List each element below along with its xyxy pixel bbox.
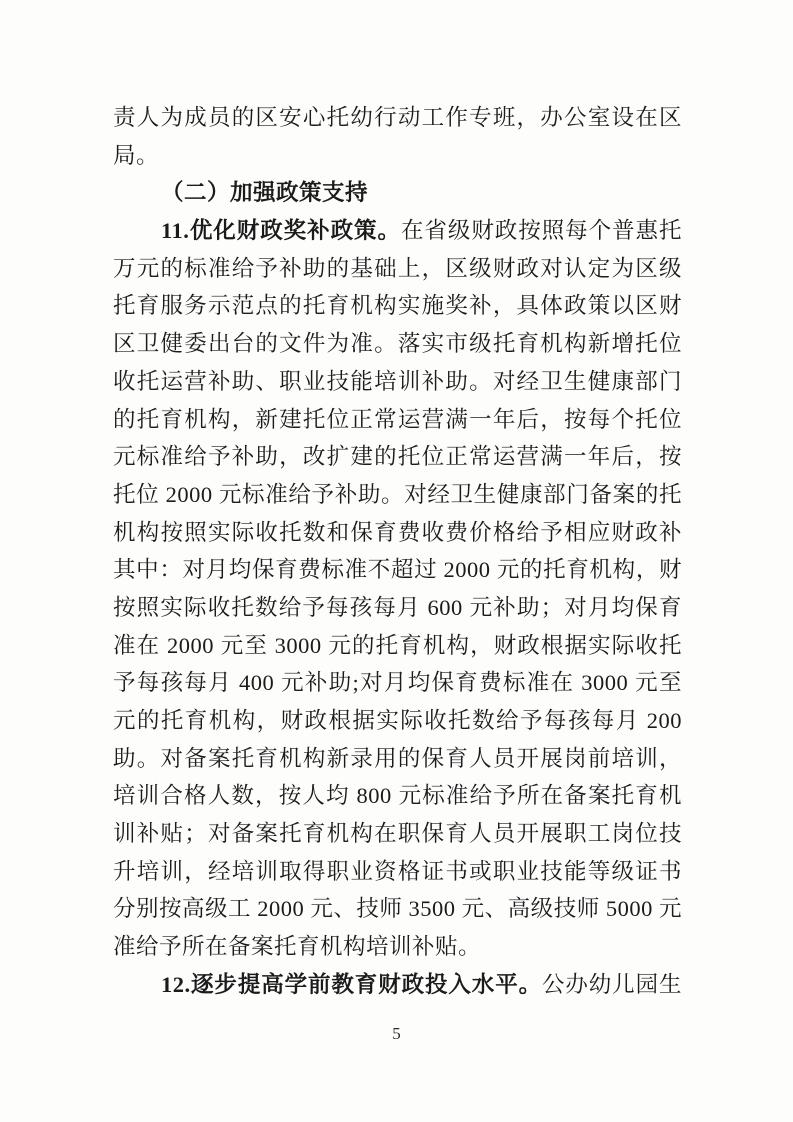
- text-segment: 托位 2000 元标准给予补助。对经卫生健康部门备案的托育: [113, 482, 682, 514]
- text-line: 收托运营补助、职业技能培训补助。对经卫生健康部门备案: [113, 363, 682, 401]
- text-segment: 局。: [113, 143, 159, 168]
- text-line: 11.优化财政奖补政策。在省级财政按照每个普惠托位 1: [113, 212, 682, 250]
- text-line: 区卫健委出台的文件为准。落实市级托育机构新增托位补助、: [113, 325, 682, 363]
- document-text-block: 责人为成员的区安心托幼行动工作专班，办公室设在区教体局。（二）加强政策支持11.…: [113, 99, 682, 1004]
- text-segment: 予每孩每月 400 元补助;对月均保育费标准在 3000 元至 5000: [113, 670, 682, 702]
- text-segment: 托育服务示范点的托育机构实施奖补，具体政策以区财政局、: [113, 293, 682, 325]
- text-segment: 分别按高级工 2000 元、技师 3500 元、高级技师 5000 元标: [113, 896, 682, 928]
- text-line: 其中：对月均保育费标准不超过 2000 元的托育机构，财政: [113, 551, 682, 589]
- page-number: 5: [392, 1022, 401, 1046]
- text-segment: 的托育机构，新建托位正常运营满一年后，按每个托位 3000: [113, 407, 682, 439]
- document-page: 责人为成员的区安心托幼行动工作专班，办公室设在区教体局。（二）加强政策支持11.…: [0, 0, 793, 1122]
- text-segment: 元标准给予补助，改扩建的托位正常运营满一年后，按每个: [113, 444, 682, 476]
- text-line: （二）加强政策支持: [113, 174, 682, 212]
- text-segment: 区卫健委出台的文件为准。落实市级托育机构新增托位补助、: [113, 331, 682, 363]
- text-line: 分别按高级工 2000 元、技师 3500 元、高级技师 5000 元标: [113, 890, 682, 928]
- text-line: 升培训，经培训取得职业资格证书或职业技能等级证书后，: [113, 853, 682, 891]
- text-segment: 培训合格人数，按人均 800 元标准给予所在备案托育机构培: [113, 783, 682, 815]
- text-line: 12.逐步提高学前教育财政投入水平。公办幼儿园生均: [113, 966, 682, 1004]
- text-segment: 机构按照实际收托数和保育费收费价格给予相应财政补助。: [113, 520, 682, 552]
- text-line: 准在 2000 元至 3000 元的托育机构，财政根据实际收托数给: [113, 627, 682, 665]
- bold-text-segment: 12.逐步提高学前教育财政投入水平。: [161, 972, 542, 997]
- text-line: 助。对备案托育机构新录用的保育人员开展岗前培训，根据: [113, 740, 682, 778]
- text-segment: 按照实际收托数给予每孩每月 600 元补助；对月均保育费标: [113, 595, 682, 627]
- bold-text-segment: 11.优化财政奖补政策。: [161, 218, 401, 243]
- text-line: 局。: [113, 137, 682, 175]
- bold-text-segment: （二）加强政策支持: [161, 180, 368, 205]
- text-line: 按照实际收托数给予每孩每月 600 元补助；对月均保育费标: [113, 589, 682, 627]
- text-segment: 元的托育机构，财政根据实际收托数给予每孩每月 200 元补: [113, 708, 682, 740]
- page-footer: 5: [0, 1022, 793, 1046]
- text-line: 的托育机构，新建托位正常运营满一年后，按每个托位 3000: [113, 401, 682, 439]
- text-segment: 万元的标准给予补助的基础上，区级财政对认定为区级年度: [113, 256, 682, 288]
- text-line: 元标准给予补助，改扩建的托位正常运营满一年后，按每个: [113, 438, 682, 476]
- text-segment: 其中：对月均保育费标准不超过 2000 元的托育机构，财政: [113, 557, 682, 589]
- text-segment: 升培训，经培训取得职业资格证书或职业技能等级证书后，: [113, 859, 682, 891]
- text-line: 准给予所在备案托育机构培训补贴。: [113, 928, 682, 966]
- text-segment: 助。对备案托育机构新录用的保育人员开展岗前培训，根据: [113, 746, 682, 778]
- text-line: 机构按照实际收托数和保育费收费价格给予相应财政补助。: [113, 514, 682, 552]
- text-line: 托位 2000 元标准给予补助。对经卫生健康部门备案的托育: [113, 476, 682, 514]
- text-line: 培训合格人数，按人均 800 元标准给予所在备案托育机构培: [113, 777, 682, 815]
- text-line: 训补贴；对备案托育机构在职保育人员开展职工岗位技能提: [113, 815, 682, 853]
- text-line: 责人为成员的区安心托幼行动工作专班，办公室设在区教体: [113, 99, 682, 137]
- text-segment: 准给予所在备案托育机构培训补贴。: [113, 934, 481, 959]
- text-line: 托育服务示范点的托育机构实施奖补，具体政策以区财政局、: [113, 287, 682, 325]
- text-line: 万元的标准给予补助的基础上，区级财政对认定为区级年度: [113, 250, 682, 288]
- text-line: 予每孩每月 400 元补助;对月均保育费标准在 3000 元至 5000: [113, 664, 682, 702]
- text-segment: 准在 2000 元至 3000 元的托育机构，财政根据实际收托数给: [113, 633, 682, 665]
- text-segment: 训补贴；对备案托育机构在职保育人员开展职工岗位技能提: [113, 821, 682, 853]
- text-segment: 责人为成员的区安心托幼行动工作专班，办公室设在区教体: [113, 105, 682, 137]
- text-line: 元的托育机构，财政根据实际收托数给予每孩每月 200 元补: [113, 702, 682, 740]
- text-segment: 收托运营补助、职业技能培训补助。对经卫生健康部门备案: [113, 369, 682, 401]
